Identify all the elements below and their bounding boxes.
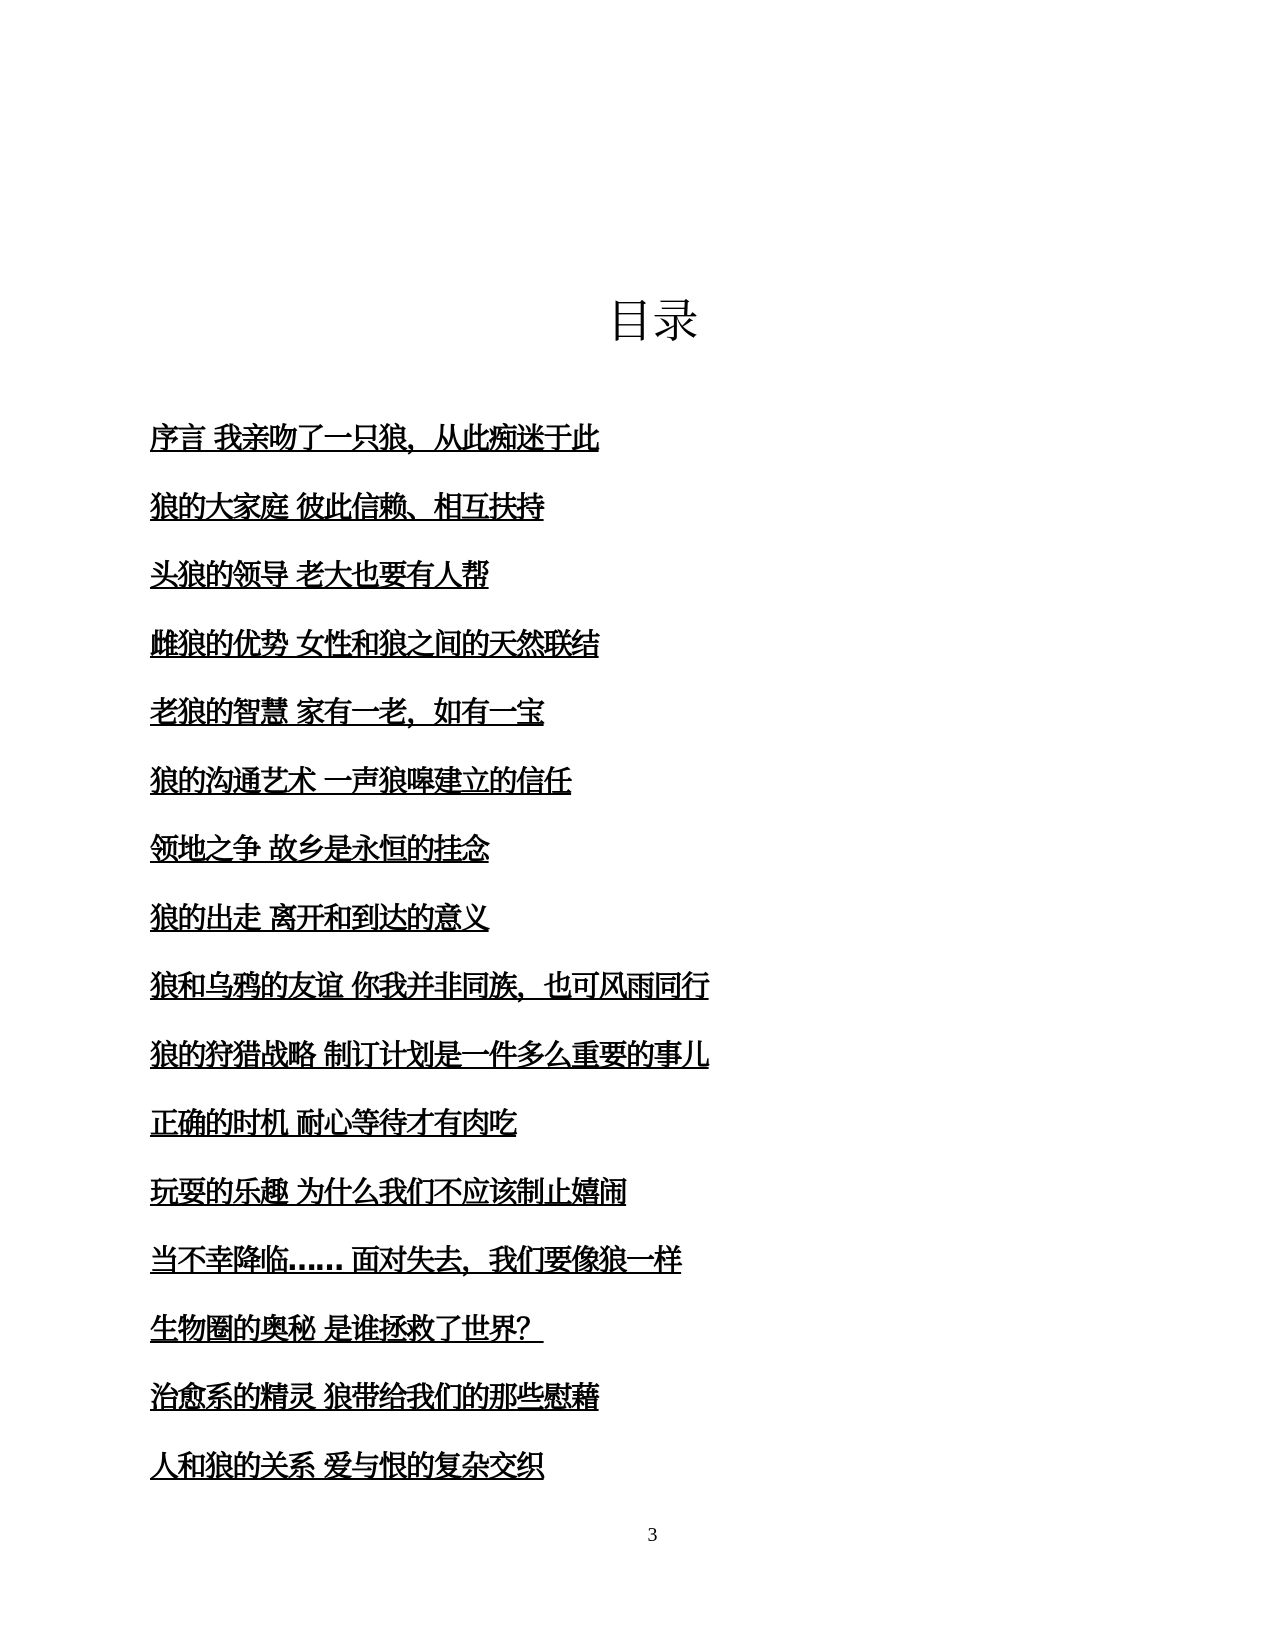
toc-link[interactable]: 老狼的智慧 家有一老，如有一宝 bbox=[150, 695, 544, 729]
toc-item: 雌狼的优势 女性和狼之间的天然联结 bbox=[150, 626, 709, 695]
toc-link[interactable]: 当不幸降临…… 面对失去，我们要像狼一样 bbox=[150, 1243, 681, 1277]
toc-link[interactable]: 序言 我亲吻了一只狼，从此痴迷于此 bbox=[150, 421, 599, 455]
page-number: 3 bbox=[0, 1524, 1275, 1547]
toc-item: 狼和乌鸦的友谊 你我并非同族，也可风雨同行 bbox=[150, 968, 709, 1037]
toc-item: 序言 我亲吻了一只狼，从此痴迷于此 bbox=[150, 420, 709, 489]
toc-item: 头狼的领导 老大也要有人帮 bbox=[150, 557, 709, 626]
page-title: 目录 bbox=[0, 293, 1275, 349]
toc-link[interactable]: 领地之争 故乡是永恒的挂念 bbox=[150, 832, 489, 866]
toc-link[interactable]: 雌狼的优势 女性和狼之间的天然联结 bbox=[150, 627, 599, 661]
toc-item: 当不幸降临…… 面对失去，我们要像狼一样 bbox=[150, 1242, 709, 1311]
toc-link[interactable]: 狼的沟通艺术 一声狼嗥建立的信任 bbox=[150, 764, 571, 798]
toc-link[interactable]: 正确的时机 耐心等待才有肉吃 bbox=[150, 1106, 516, 1140]
toc-item: 人和狼的关系 爱与恨的复杂交织 bbox=[150, 1448, 709, 1517]
toc-link[interactable]: 狼的出走 离开和到达的意义 bbox=[150, 901, 489, 935]
toc-item: 狼的大家庭 彼此信赖、相互扶持 bbox=[150, 489, 709, 558]
toc-item: 生物圈的奥秘 是谁拯救了世界？ bbox=[150, 1311, 709, 1380]
toc-link[interactable]: 狼和乌鸦的友谊 你我并非同族，也可风雨同行 bbox=[150, 969, 709, 1003]
toc-item: 老狼的智慧 家有一老，如有一宝 bbox=[150, 694, 709, 763]
toc-link[interactable]: 狼的狩猎战略 制订计划是一件多么重要的事儿 bbox=[150, 1038, 709, 1072]
table-of-contents: 序言 我亲吻了一只狼，从此痴迷于此 狼的大家庭 彼此信赖、相互扶持 头狼的领导 … bbox=[150, 420, 709, 1516]
toc-item: 领地之争 故乡是永恒的挂念 bbox=[150, 831, 709, 900]
toc-link[interactable]: 头狼的领导 老大也要有人帮 bbox=[150, 558, 489, 592]
toc-link[interactable]: 玩耍的乐趣 为什么我们不应该制止嬉闹 bbox=[150, 1175, 626, 1209]
toc-link[interactable]: 生物圈的奥秘 是谁拯救了世界？ bbox=[150, 1312, 544, 1346]
toc-item: 玩耍的乐趣 为什么我们不应该制止嬉闹 bbox=[150, 1174, 709, 1243]
toc-item: 正确的时机 耐心等待才有肉吃 bbox=[150, 1105, 709, 1174]
toc-link[interactable]: 治愈系的精灵 狼带给我们的那些慰藉 bbox=[150, 1380, 599, 1414]
toc-item: 狼的沟通艺术 一声狼嗥建立的信任 bbox=[150, 763, 709, 832]
toc-item: 狼的狩猎战略 制订计划是一件多么重要的事儿 bbox=[150, 1037, 709, 1106]
toc-link[interactable]: 人和狼的关系 爱与恨的复杂交织 bbox=[150, 1449, 544, 1483]
toc-item: 治愈系的精灵 狼带给我们的那些慰藉 bbox=[150, 1379, 709, 1448]
toc-item: 狼的出走 离开和到达的意义 bbox=[150, 900, 709, 969]
toc-link[interactable]: 狼的大家庭 彼此信赖、相互扶持 bbox=[150, 490, 544, 524]
